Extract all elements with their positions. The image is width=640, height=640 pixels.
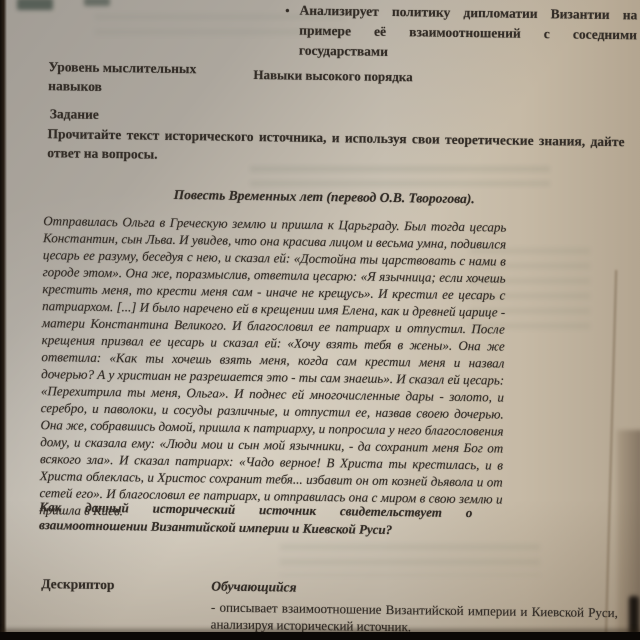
photo-corner-artifact bbox=[84, 0, 110, 6]
task-instruction: Прочитайте текст исторического источника… bbox=[47, 125, 624, 170]
criteria-bullet-item: • Анализирует политику дипломатии Визант… bbox=[285, 0, 638, 65]
bullet-icon: • bbox=[285, 0, 290, 60]
criteria-bullet-text: Анализирует политику дипломатии Византии… bbox=[299, 1, 638, 66]
photo-left-edge bbox=[0, 0, 7, 640]
descriptor-heading: Дескриптор bbox=[41, 576, 114, 593]
document-photo: • Анализирует политику дипломатии Визант… bbox=[0, 0, 640, 640]
question-text: Как данный исторический источник свидете… bbox=[39, 498, 472, 539]
thinking-level-label: Уровень мыслительных навыков bbox=[48, 58, 226, 97]
descriptor-role: Обучающийся bbox=[211, 579, 618, 601]
source-title: Повесть Временных лет (перевод О.В. Твор… bbox=[42, 185, 607, 209]
thinking-level-value: Навыки высокого порядка bbox=[253, 67, 523, 87]
task-heading: Задание bbox=[50, 106, 99, 123]
source-passage: Отправилась Ольга в Греческую землю и пр… bbox=[39, 212, 506, 524]
document-page: • Анализирует политику дипломатии Визант… bbox=[0, 0, 640, 640]
photo-corner-artifact bbox=[17, 0, 53, 10]
descriptor-content: Обучающийся - описывает взаимоотношение … bbox=[211, 579, 619, 639]
photo-bottom-edge bbox=[0, 632, 640, 640]
